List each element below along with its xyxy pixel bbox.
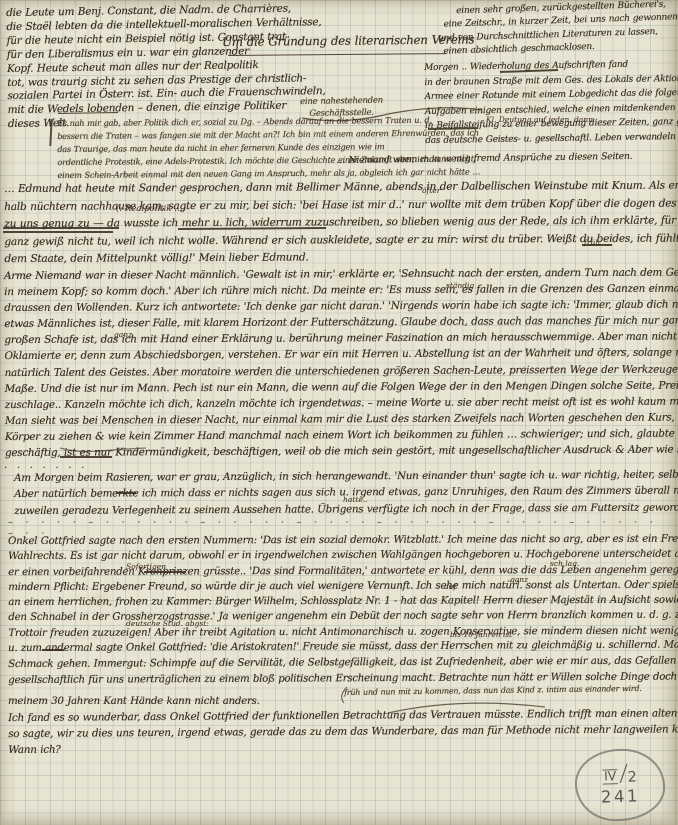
- stamp-volume-row: IV / 2: [602, 764, 637, 788]
- stamp-volume-roman: IV: [602, 769, 618, 785]
- ink-flourishes: [0, 0, 678, 825]
- manuscript-page: die Leute um Benj. Constant, die Nadm. d…: [0, 0, 678, 825]
- stamp-volume-part: 2: [627, 770, 637, 785]
- stamp-page-number: 241: [601, 788, 641, 806]
